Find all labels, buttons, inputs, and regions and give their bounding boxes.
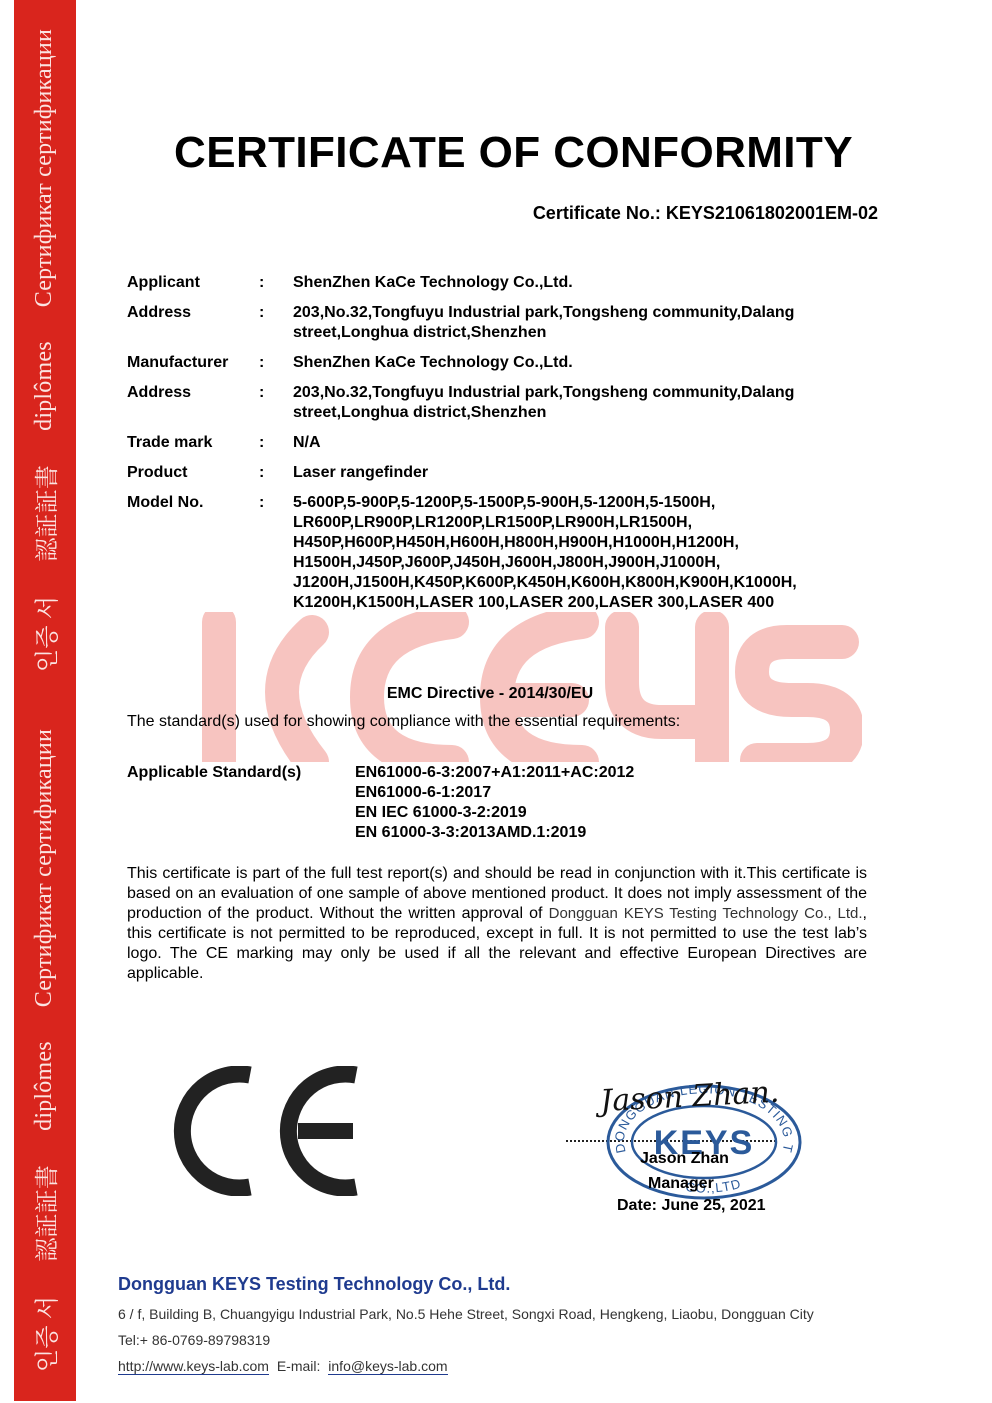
field-label: Address	[127, 383, 259, 423]
signatory-role: Manager	[648, 1175, 714, 1193]
field-applicant-address: Address : 203,No.32,Tongfuyu Industrial …	[127, 303, 857, 343]
field-applicant: Applicant : ShenZhen KaCe Technology Co.…	[127, 273, 857, 293]
standards-intro: The standard(s) used for showing complia…	[127, 713, 680, 731]
certificate-fields: Applicant : ShenZhen KaCe Technology Co.…	[127, 273, 857, 623]
footer-company-name: Dongguan KEYS Testing Technology Co., Lt…	[118, 1274, 510, 1295]
standard-item: EN 61000-3-3:2013AMD.1:2019	[355, 823, 634, 843]
field-colon: :	[259, 273, 293, 293]
side-phrase-korean: 인증 서	[28, 1295, 63, 1371]
field-value: Laser rangefinder	[293, 463, 857, 483]
issue-date: Date: June 25, 2021	[617, 1197, 766, 1215]
handwritten-signature: Jason Zhan.	[596, 1068, 806, 1118]
footer-address: 6 / f, Building B, Chuangyigu Industrial…	[118, 1306, 814, 1322]
side-banner-text-top: 인증 서 認証証書 diplômes Сертификат сертификац…	[14, 0, 76, 700]
field-value: N/A	[293, 433, 857, 453]
standard-item: EN61000-6-1:2017	[355, 783, 634, 803]
field-value: ShenZhen KaCe Technology Co.,Ltd.	[293, 273, 857, 293]
field-manufacturer: Manufacturer : ShenZhen KaCe Technology …	[127, 353, 857, 373]
certificate-title: CERTIFICATE OF CONFORMITY	[0, 128, 992, 178]
field-colon: :	[259, 493, 293, 613]
field-colon: :	[259, 463, 293, 483]
email-label: E-mail:	[277, 1358, 321, 1374]
field-label: Trade mark	[127, 433, 259, 453]
applicable-standards-label: Applicable Standard(s)	[127, 763, 301, 783]
field-product: Product : Laser rangefinder	[127, 463, 857, 483]
side-phrase-japanese: 認証証書	[28, 464, 63, 561]
field-trade-mark: Trade mark : N/A	[127, 433, 857, 453]
field-value: 203,No.32,Tongfuyu Industrial park,Tongs…	[293, 383, 857, 423]
field-colon: :	[259, 353, 293, 373]
standard-item: EN IEC 61000-3-2:2019	[355, 803, 634, 823]
field-colon: :	[259, 433, 293, 453]
side-phrase-french: diplômes	[32, 341, 59, 431]
footer-telephone: Tel:+ 86-0769-89798319	[118, 1332, 270, 1348]
side-phrase-russian: Сертификат сертификации	[32, 728, 59, 1006]
svg-text:Jason Zhan.: Jason Zhan.	[596, 1075, 780, 1118]
field-label: Applicant	[127, 273, 259, 293]
certificate-number: Certificate No.: KEYS21061802001EM-02	[533, 203, 878, 224]
field-colon: :	[259, 383, 293, 423]
field-label: Manufacturer	[127, 353, 259, 373]
field-value: ShenZhen KaCe Technology Co.,Ltd.	[293, 353, 857, 373]
emc-directive: EMC Directive - 2014/30/EU	[0, 685, 880, 703]
field-manufacturer-address: Address : 203,No.32,Tongfuyu Industrial …	[127, 383, 857, 423]
field-value: 5-600P,5-900P,5-1200P,5-1500P,5-900H,5-1…	[293, 493, 857, 613]
ce-mark-icon	[168, 1066, 368, 1196]
side-phrase-japanese: 認証証書	[28, 1164, 63, 1261]
field-label: Address	[127, 303, 259, 343]
email-link[interactable]: info@keys-lab.com	[328, 1358, 447, 1375]
disclaimer-lab-name: Dongguan KEYS Testing Technology Co., Lt…	[549, 905, 863, 922]
field-label: Product	[127, 463, 259, 483]
field-model-no: Model No. : 5-600P,5-900P,5-1200P,5-1500…	[127, 493, 857, 613]
website-link[interactable]: http://www.keys-lab.com	[118, 1358, 269, 1375]
side-banner-text-bottom: 인증 서 認証証書 diplômes Сертификат сертификац…	[14, 700, 76, 1400]
footer-contact: http://www.keys-lab.com E-mail: info@key…	[118, 1358, 448, 1374]
field-label: Model No.	[127, 493, 259, 613]
field-value: 203,No.32,Tongfuyu Industrial park,Tongs…	[293, 303, 857, 343]
standard-item: EN61000-6-3:2007+A1:2011+AC:2012	[355, 763, 634, 783]
applicable-standards-list: EN61000-6-3:2007+A1:2011+AC:2012 EN61000…	[355, 763, 634, 843]
side-phrase-korean: 인증 서	[28, 595, 63, 671]
field-colon: :	[259, 303, 293, 343]
disclaimer-paragraph: This certificate is part of the full tes…	[127, 864, 867, 984]
side-phrase-french: diplômes	[32, 1041, 59, 1131]
signatory-name: Jason Zhan	[640, 1150, 729, 1168]
